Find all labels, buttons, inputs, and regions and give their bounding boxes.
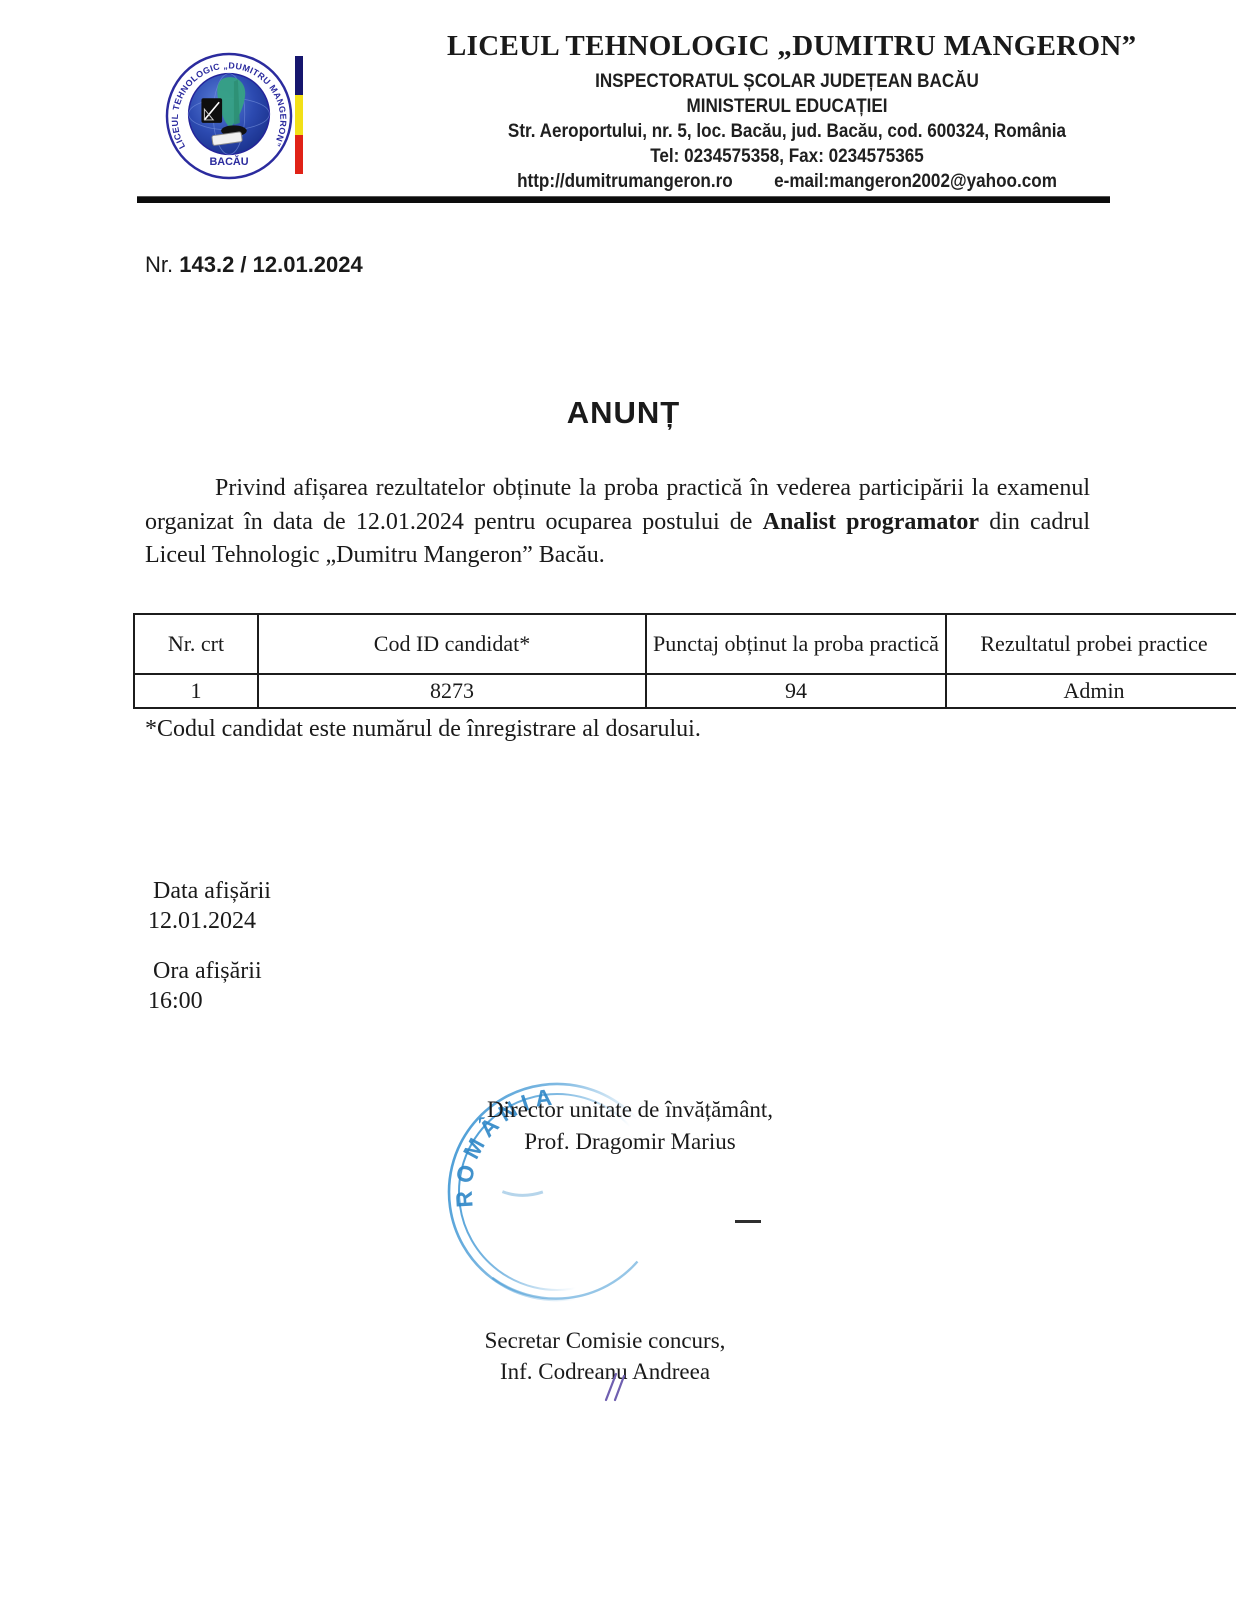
director-name: Prof. Dragomir Marius (420, 1126, 840, 1158)
posting-time-block: Ora afișării 16:00 (148, 956, 262, 1016)
romanian-flag-stripe (295, 56, 303, 174)
document-number: Nr. 143.2 / 12.01.2024 (145, 252, 363, 278)
posting-time-label: Ora afișării (148, 956, 262, 986)
flag-yellow-segment (295, 95, 303, 134)
cell-rezultat: Admin (946, 674, 1236, 708)
document-page: LICEUL TEHNOLOGIC „DUMITRU MANGERON” BAC… (0, 0, 1236, 1600)
director-role: Director unitate de învățământ, (420, 1094, 840, 1126)
posting-date-label: Data afișării (148, 876, 271, 906)
cell-punctaj: 94 (646, 674, 946, 708)
flag-red-segment (295, 135, 303, 174)
letterhead-divider (137, 196, 1110, 203)
organization-name: LICEUL TEHNOLOGIC „DUMITRU MANGERON” (447, 30, 1127, 63)
table-header-row: Nr. crt Cod ID candidat* Punctaj obținut… (134, 614, 1236, 674)
posting-time-value: 16:00 (148, 986, 262, 1016)
paragraph-bold-term: Analist programator (763, 509, 979, 535)
logo-bottom-text: BACĂU (209, 155, 248, 168)
letterhead-email: e-mail:mangeron2002@yahoo.com (774, 169, 1057, 194)
cell-nr-crt: 1 (134, 674, 258, 708)
letterhead-logo: LICEUL TEHNOLOGIC „DUMITRU MANGERON” BAC… (165, 50, 315, 185)
letterhead-address: Str. Aeroportului, nr. 5, loc. Bacău, ju… (481, 119, 1093, 144)
letterhead-text: LICEUL TEHNOLOGIC „DUMITRU MANGERON” INS… (447, 30, 1127, 194)
header-punctaj: Punctaj obținut la proba practică (646, 614, 946, 674)
school-emblem-icon: LICEUL TEHNOLOGIC „DUMITRU MANGERON” BAC… (165, 52, 293, 180)
results-table: Nr. crt Cod ID candidat* Punctaj obținut… (133, 613, 1236, 709)
posting-date-value: 12.01.2024 (148, 906, 271, 936)
page-title: ANUNȚ (137, 395, 1110, 431)
cell-cod-id: 8273 (258, 674, 646, 708)
letterhead-inspectorate: INSPECTORATUL ȘCOLAR JUDEȚEAN BACĂU (481, 69, 1093, 94)
header-nr-crt: Nr. crt (134, 614, 258, 674)
letterhead-ministry: MINISTERUL EDUCAȚIEI (481, 94, 1093, 119)
header-cod-id: Cod ID candidat* (258, 614, 646, 674)
flag-blue-segment (295, 56, 303, 95)
letterhead-website: http://dumitrumangeron.ro (517, 169, 733, 194)
pen-signature-mark (598, 1370, 632, 1404)
secretary-role: Secretar Comisie concurs, (430, 1325, 780, 1356)
director-signature-block: Director unitate de învățământ, Prof. Dr… (420, 1094, 840, 1158)
table-row: 1 8273 94 Admin (134, 674, 1236, 708)
letterhead-phone: Tel: 0234575358, Fax: 0234575365 (481, 144, 1093, 169)
posting-date-block: Data afișării 12.01.2024 (148, 876, 271, 936)
handwritten-dash-mark (735, 1220, 761, 1223)
header-rezultat: Rezultatul probei practice (946, 614, 1236, 674)
document-number-label: Nr. (145, 252, 173, 277)
announcement-paragraph: Privind afișarea rezultatelor obținute l… (145, 472, 1090, 573)
footnote: *Codul candidat este numărul de înregist… (145, 716, 701, 743)
document-number-value: 143.2 / 12.01.2024 (179, 252, 363, 277)
